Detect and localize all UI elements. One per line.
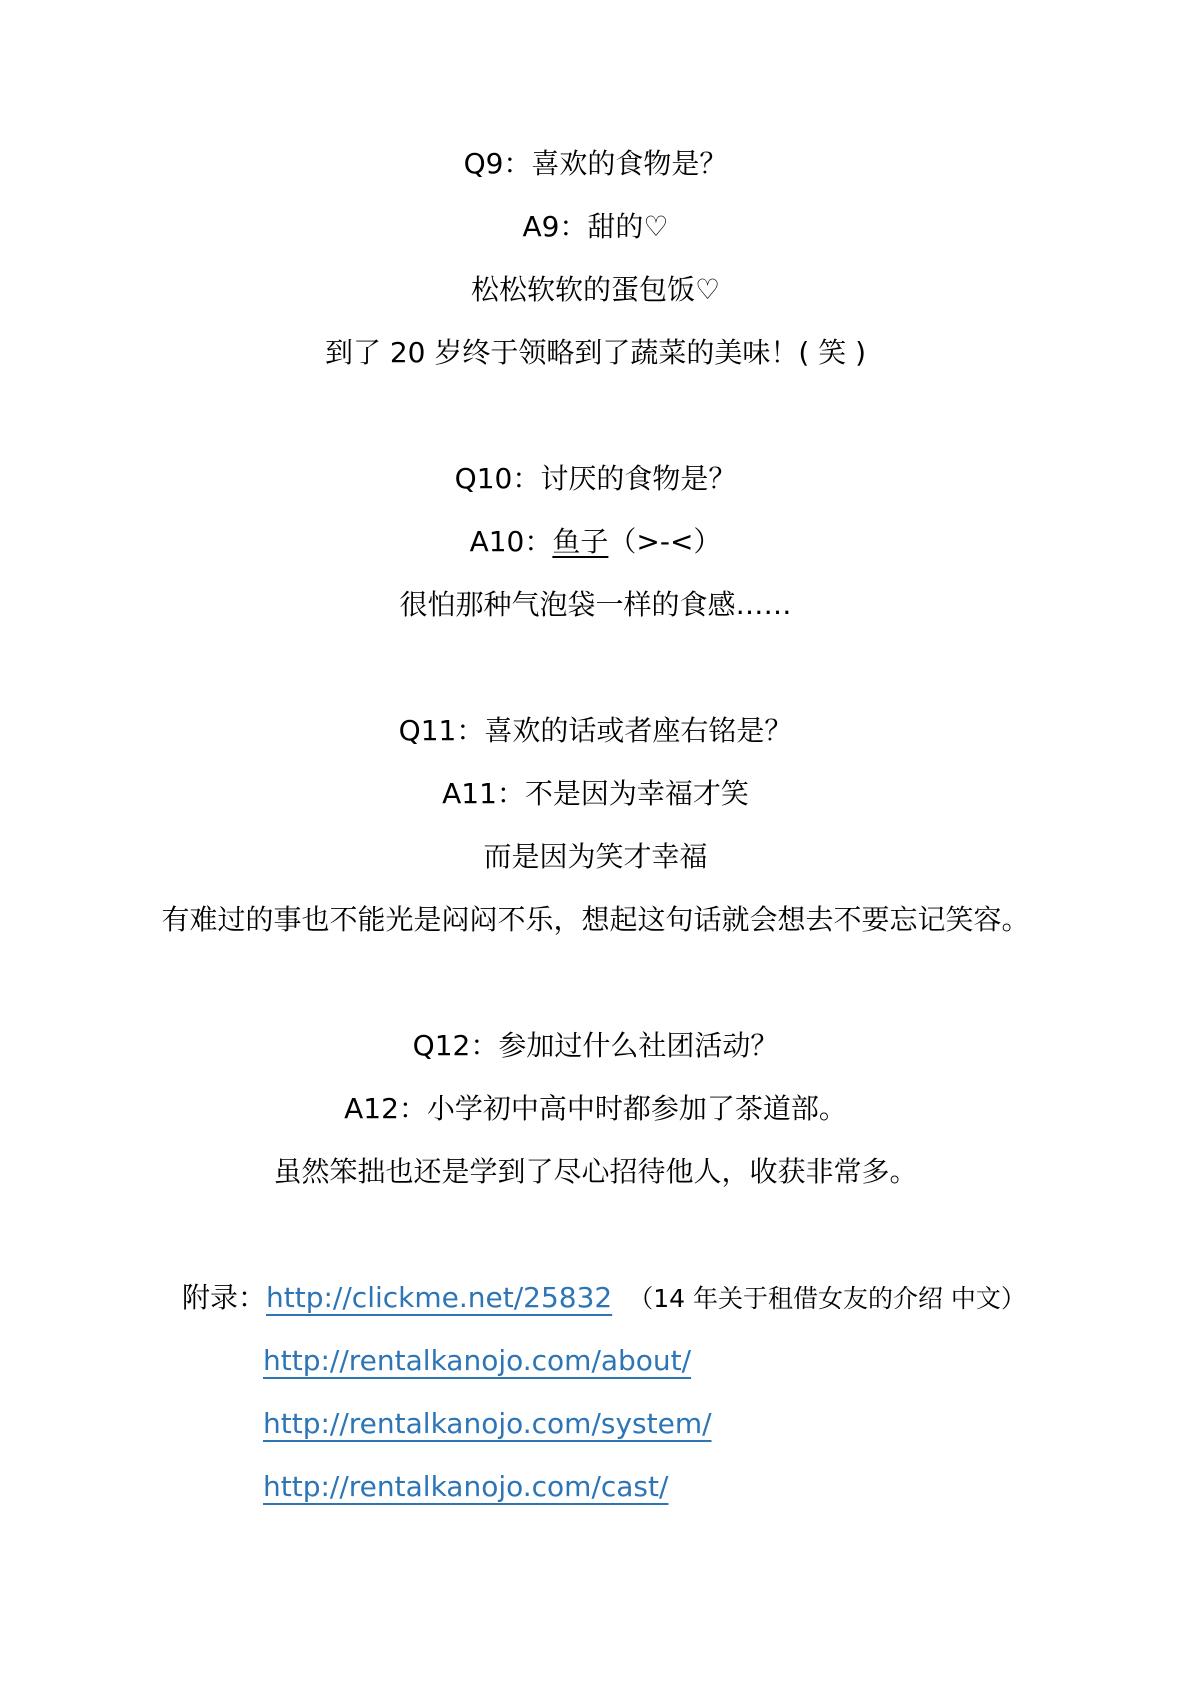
q9-answer-3: 到了 20 岁终于领略到了蔬菜的美味！( 笑 ) xyxy=(0,321,1191,384)
appendix-section: 附录：http://clickme.net/25832（14 年关于租借女友的介… xyxy=(0,1266,1191,1518)
q11-question: Q11：喜欢的话或者座右铭是？ xyxy=(0,699,1191,762)
blank-line xyxy=(0,384,1191,447)
appendix-line-system: http://rentalkanojo.com/system/ xyxy=(0,1392,1191,1455)
q10-answer-suffix: （>-<） xyxy=(608,525,721,558)
blank-line xyxy=(0,951,1191,1014)
qa-group-q12: Q12：参加过什么社团活动？ A12：小学初中高中时都参加了茶道部。 虽然笨拙也… xyxy=(0,1014,1191,1203)
appendix-line-about: http://rentalkanojo.com/about/ xyxy=(0,1329,1191,1392)
q10-answer-underlined-text: 鱼子 xyxy=(552,525,608,558)
document-page: Q9：喜欢的食物是？ A9：甜的♡ 松松软软的蛋包饭♡ 到了 20 岁终于领略到… xyxy=(0,0,1191,1684)
q12-answer-2: 虽然笨拙也还是学到了尽心招待他人，收获非常多。 xyxy=(0,1140,1191,1203)
appendix-link-clickme[interactable]: http://clickme.net/25832 xyxy=(266,1281,612,1314)
blank-line xyxy=(0,1203,1191,1266)
qa-group-q11: Q11：喜欢的话或者座右铭是？ A11：不是因为幸福才笑 而是因为笑才幸福 有难… xyxy=(0,699,1191,951)
appendix-link-note: （14 年关于租借女友的介绍 中文） xyxy=(628,1284,1026,1313)
q10-answer-prefix: A10： xyxy=(470,525,553,558)
appendix-label: 附录： xyxy=(182,1281,266,1314)
q10-question: Q10：讨厌的食物是？ xyxy=(0,447,1191,510)
appendix-first-line: 附录：http://clickme.net/25832（14 年关于租借女友的介… xyxy=(0,1266,1191,1329)
qa-group-q10: Q10：讨厌的食物是？ A10：鱼子（>-<） 很怕那种气泡袋一样的食感…… xyxy=(0,447,1191,636)
blank-line xyxy=(0,636,1191,699)
q11-answer-2: 而是因为笑才幸福 xyxy=(0,825,1191,888)
appendix-line-cast: http://rentalkanojo.com/cast/ xyxy=(0,1455,1191,1518)
appendix-link-about[interactable]: http://rentalkanojo.com/about/ xyxy=(263,1344,691,1377)
q11-answer-1: A11：不是因为幸福才笑 xyxy=(0,762,1191,825)
appendix-link-system[interactable]: http://rentalkanojo.com/system/ xyxy=(263,1407,712,1440)
appendix-link-cast[interactable]: http://rentalkanojo.com/cast/ xyxy=(263,1470,668,1503)
q12-answer-1: A12：小学初中高中时都参加了茶道部。 xyxy=(0,1077,1191,1140)
q10-answer-1: A10：鱼子（>-<） xyxy=(0,510,1191,573)
q10-answer-2: 很怕那种气泡袋一样的食感…… xyxy=(0,573,1191,636)
qa-group-q9: Q9：喜欢的食物是？ A9：甜的♡ 松松软软的蛋包饭♡ 到了 20 岁终于领略到… xyxy=(0,132,1191,384)
q9-answer-2: 松松软软的蛋包饭♡ xyxy=(0,258,1191,321)
q9-question: Q9：喜欢的食物是？ xyxy=(0,132,1191,195)
q11-answer-3: 有难过的事也不能光是闷闷不乐，想起这句话就会想去不要忘记笑容。 xyxy=(0,888,1191,951)
q12-question: Q12：参加过什么社团活动？ xyxy=(0,1014,1191,1077)
q9-answer-1: A9：甜的♡ xyxy=(0,195,1191,258)
